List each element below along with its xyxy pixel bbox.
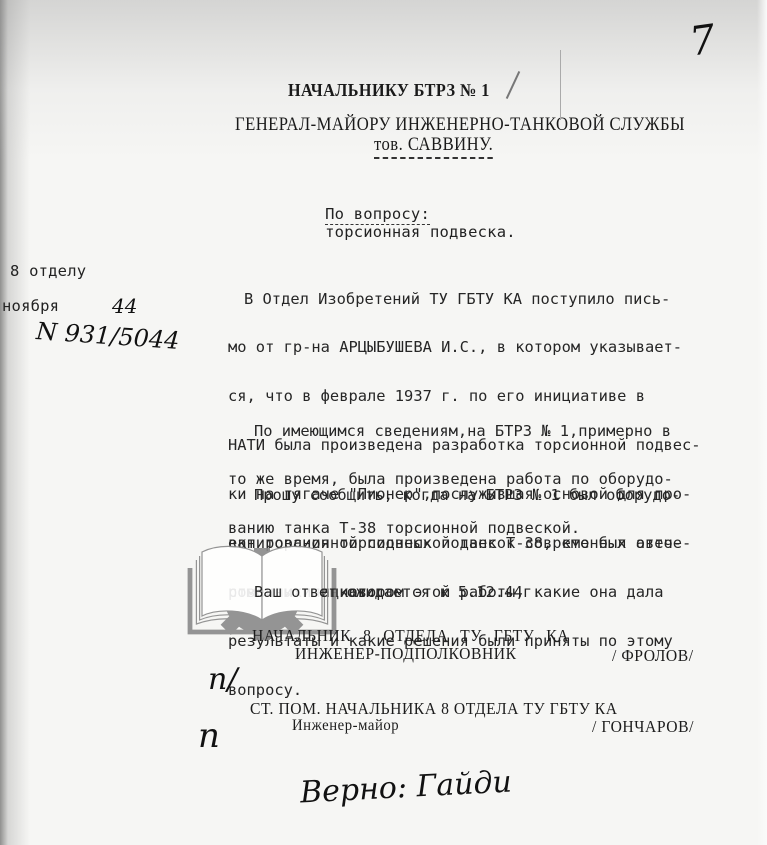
addressee-line-3: тов. САВВИНУ. xyxy=(374,135,493,159)
paragraph-line: вопросу. xyxy=(228,682,682,698)
paragraph-line: Прошу сообщить, когда на БТРЗ № 1 был об… xyxy=(228,487,682,503)
addressee-line-1: НАЧАЛЬНИКУ БТРЗ № 1 xyxy=(288,80,490,101)
pencil-mark xyxy=(506,71,520,99)
subject-line: По вопросу: торсионная подвеска. xyxy=(287,187,516,259)
page-number-handwritten: 7 xyxy=(687,16,719,65)
pencil-mark xyxy=(560,50,561,120)
signature-2-title-line-2: Инженер-майор xyxy=(292,717,399,735)
paragraph-line: мо от гр-на АРЦЫБУШЕВА И.С., в котором у… xyxy=(228,339,701,355)
paragraph-4: Ваш ответ ожидается к 5.12.44г. xyxy=(254,551,541,632)
signature-1-handwritten-mark: п/ xyxy=(208,662,237,697)
registration-number-handwritten: N 931/5044 xyxy=(35,317,180,355)
paragraph-line: Ваш ответ ожидается к 5.12.44г. xyxy=(254,584,541,600)
certification-handwritten: Верно: Гайди xyxy=(299,764,512,810)
margin-note-month: ноября xyxy=(2,297,59,315)
signature-1-name: / ФРОЛОВ/ xyxy=(612,646,694,666)
signature-1-title-line-2: ИНЖЕНЕР-ПОДПОЛКОВНИК xyxy=(295,644,517,664)
margin-note-department: 8 отделу xyxy=(10,262,86,280)
signature-2-handwritten-mark: п xyxy=(198,716,220,756)
document-page: 7 НАЧАЛЬНИКУ БТРЗ № 1 ГЕНЕРАЛ-МАЙОРУ ИНЖ… xyxy=(0,0,767,845)
paragraph-line: В Отдел Изобретений ТУ ГБТУ КА поступило… xyxy=(228,291,701,307)
paragraph-line: По имеющимся сведениям,на БТРЗ № 1,приме… xyxy=(228,423,673,439)
subject-label: По вопросу: xyxy=(325,205,430,225)
page-edge xyxy=(757,0,767,845)
signature-2-title-line-1: СТ. ПОМ. НАЧАЛЬНИКА 8 ОТДЕЛА ТУ ГБТУ КА xyxy=(250,699,618,719)
addressee-line-2: ГЕНЕРАЛ-МАЙОРУ ИНЖЕНЕРНО-ТАНКОВОЙ СЛУЖБЫ xyxy=(235,115,685,136)
subject-text: торсионная подвеска. xyxy=(325,223,516,241)
signature-1-title-line-1: НАЧАЛЬНИК 8 ОТДЕЛА ТУ ГБТУ КА xyxy=(252,626,569,646)
margin-note-year-handwritten: 44 xyxy=(112,294,137,318)
signature-2-name: / ГОНЧАРОВ/ xyxy=(592,717,694,737)
